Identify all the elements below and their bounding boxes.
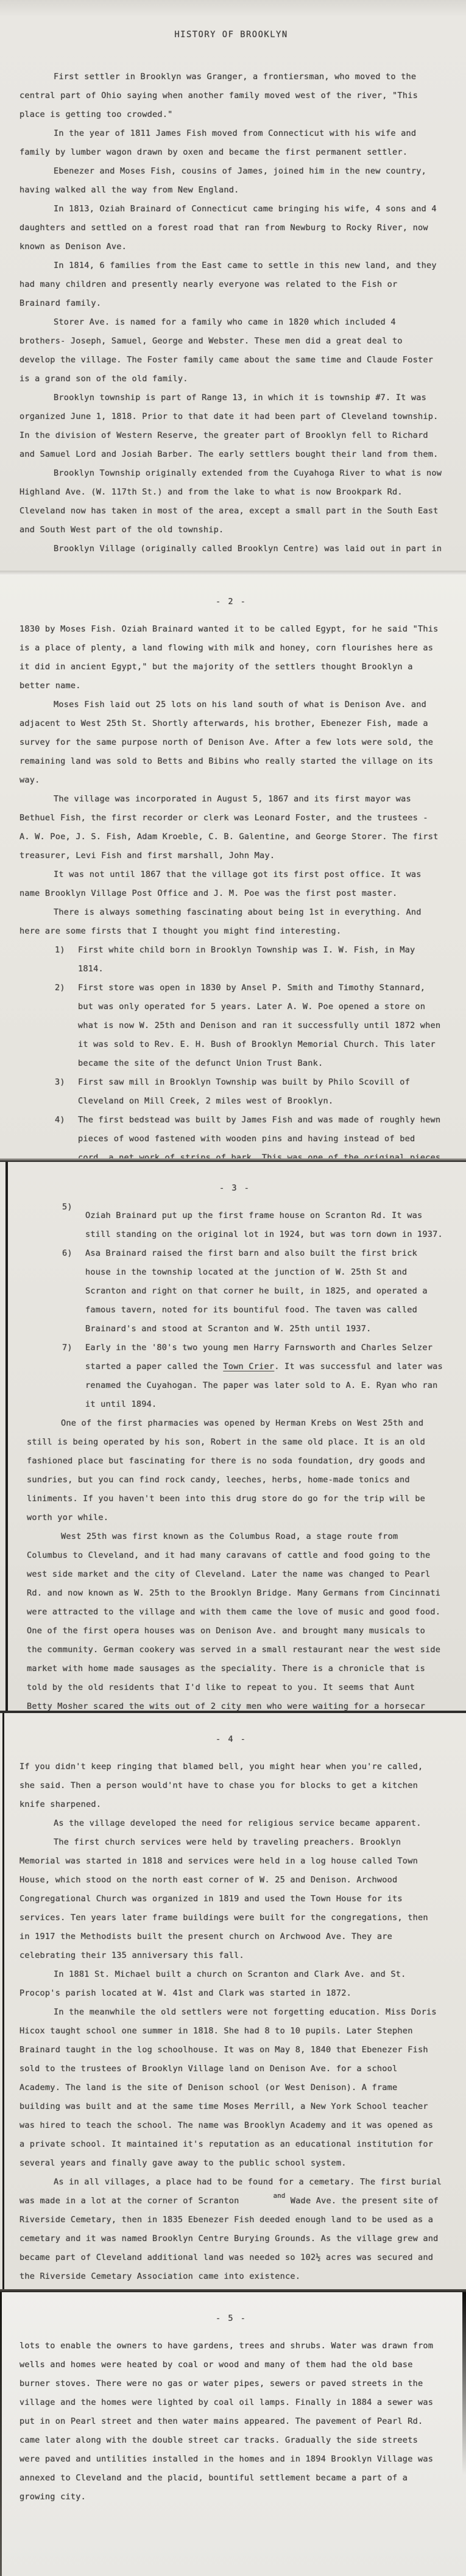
paragraph: The village was incorporated in August 5… bbox=[19, 790, 443, 865]
scan-edge-artifact bbox=[462, 2292, 466, 2475]
list-item: 6) Asa Brainard raised the first barn an… bbox=[27, 1244, 443, 1339]
paragraph: Brooklyn township is part of Range 13, i… bbox=[19, 389, 443, 464]
list-number: 6) bbox=[62, 1244, 72, 1263]
page-number: - 2 - bbox=[19, 575, 443, 611]
paragraph: Storer Ave. is named for a family who ca… bbox=[19, 313, 443, 389]
list-number: 2) bbox=[55, 979, 65, 998]
page-1-text-area: HISTORY OF BROOKLYN First settler in Bro… bbox=[0, 0, 466, 558]
list-item: 7) Early in the '80's two young men Harr… bbox=[27, 1339, 443, 1414]
scanned-page-3: - 3 - 5) Oziah Brainard put up the first… bbox=[0, 1162, 466, 1711]
scan-edge-artifact bbox=[0, 2292, 2, 2576]
paragraph: Brooklyn Village (originally called Broo… bbox=[19, 540, 443, 558]
list-number: 7) bbox=[62, 1339, 72, 1357]
paragraph: It was not until 1867 that the village g… bbox=[19, 865, 443, 903]
scan-edge-artifact bbox=[5, 1162, 8, 1711]
list-number: 3) bbox=[55, 1073, 65, 1092]
paragraph: In 1872 Brooklyn was still a rural villa… bbox=[19, 2286, 443, 2289]
list-item: 3) First saw mill in Brooklyn Township w… bbox=[19, 1073, 443, 1111]
list-text: Oziah Brainard put up the first frame ho… bbox=[85, 1211, 443, 1239]
scanned-page-1: HISTORY OF BROOKLYN First settler in Bro… bbox=[0, 0, 466, 571]
paragraph: West 25th was first known as the Columbu… bbox=[27, 1527, 443, 1711]
list-item: 4) The first bedstead was built by James… bbox=[19, 1111, 443, 1158]
page-2-text-area: - 2 - 1830 by Moses Fish. Oziah Brainard… bbox=[0, 575, 466, 1158]
list-text: First white child born in Brooklyn Towns… bbox=[78, 945, 415, 974]
paragraph: In 1814, 6 families from the East came t… bbox=[19, 256, 443, 313]
list-text: First store was open in 1830 by Ansel P.… bbox=[78, 983, 440, 1068]
paragraph: In 1813, Oziah Brainard of Connecticut c… bbox=[19, 200, 443, 256]
list-number: 5) bbox=[62, 1198, 72, 1217]
page-seam bbox=[0, 571, 466, 575]
paragraph: lots to enable the owners to have garden… bbox=[19, 2328, 443, 2507]
typed-insertion: and bbox=[239, 2186, 286, 2205]
paragraph-post: Wade Ave. the present site of Riverside … bbox=[19, 2196, 439, 2281]
paragraph: First settler in Brooklyn was Granger, a… bbox=[19, 68, 443, 124]
paragraph: There is always something fascinating ab… bbox=[19, 903, 443, 941]
list-number: 1) bbox=[55, 941, 65, 960]
list-number: 4) bbox=[55, 1111, 65, 1130]
paragraph: One of the first pharmacies was opened b… bbox=[27, 1414, 443, 1527]
paragraph: Ebenezer and Moses Fish, cousins of Jame… bbox=[19, 162, 443, 200]
page-3-text-area: - 3 - 5) Oziah Brainard put up the first… bbox=[0, 1162, 466, 1711]
page-4-text-area: - 4 - If you didn't keep ringing that bl… bbox=[0, 1713, 466, 2289]
paragraph: Brooklyn Township originally extended fr… bbox=[19, 464, 443, 540]
paragraph: As the village developed the need for re… bbox=[19, 1814, 443, 1833]
paragraph: If you didn't keep ringing that blamed b… bbox=[19, 1749, 443, 1814]
list-text: First saw mill in Brooklyn Township was … bbox=[78, 1077, 410, 1106]
page-number: - 3 - bbox=[27, 1162, 443, 1198]
paragraph: In 1881 St. Michael built a church on Sc… bbox=[19, 1965, 443, 2003]
list-text: The first bedstead was built by James Fi… bbox=[78, 1115, 440, 1158]
scanned-page-5: - 5 - lots to enable the owners to have … bbox=[0, 2292, 466, 2576]
page-number: - 5 - bbox=[19, 2292, 443, 2328]
paragraph: 1830 by Moses Fish. Oziah Brainard wante… bbox=[19, 611, 443, 695]
paragraph-with-insertion: As in all villages, a place had to be fo… bbox=[19, 2173, 443, 2286]
scan-edge-artifact bbox=[2, 1713, 4, 2289]
page-number: - 4 - bbox=[19, 1713, 443, 1749]
paragraph: In the year of 1811 James Fish moved fro… bbox=[19, 124, 443, 162]
list-item: 1) First white child born in Brooklyn To… bbox=[19, 941, 443, 979]
paragraph: Moses Fish laid out 25 lots on his land … bbox=[19, 695, 443, 790]
paragraph: In the meanwhile the old settlers were n… bbox=[19, 2003, 443, 2173]
underlined-phrase: Town Crier bbox=[223, 1362, 274, 1371]
page-5-text-area: - 5 - lots to enable the owners to have … bbox=[0, 2292, 466, 2507]
list-text: Asa Brainard raised the first barn and a… bbox=[85, 1248, 428, 1334]
scanned-page-4: - 4 - If you didn't keep ringing that bl… bbox=[0, 1713, 466, 2289]
document-title: HISTORY OF BROOKLYN bbox=[19, 0, 443, 44]
list-item: 2) First store was open in 1830 by Ansel… bbox=[19, 979, 443, 1073]
scanned-page-2: - 2 - 1830 by Moses Fish. Oziah Brainard… bbox=[0, 575, 466, 1158]
list-text: Early in the '80's two young men Harry F… bbox=[85, 1343, 443, 1409]
list-item: 5) Oziah Brainard put up the first frame… bbox=[27, 1198, 443, 1244]
paragraph: The first church services were held by t… bbox=[19, 1833, 443, 1965]
